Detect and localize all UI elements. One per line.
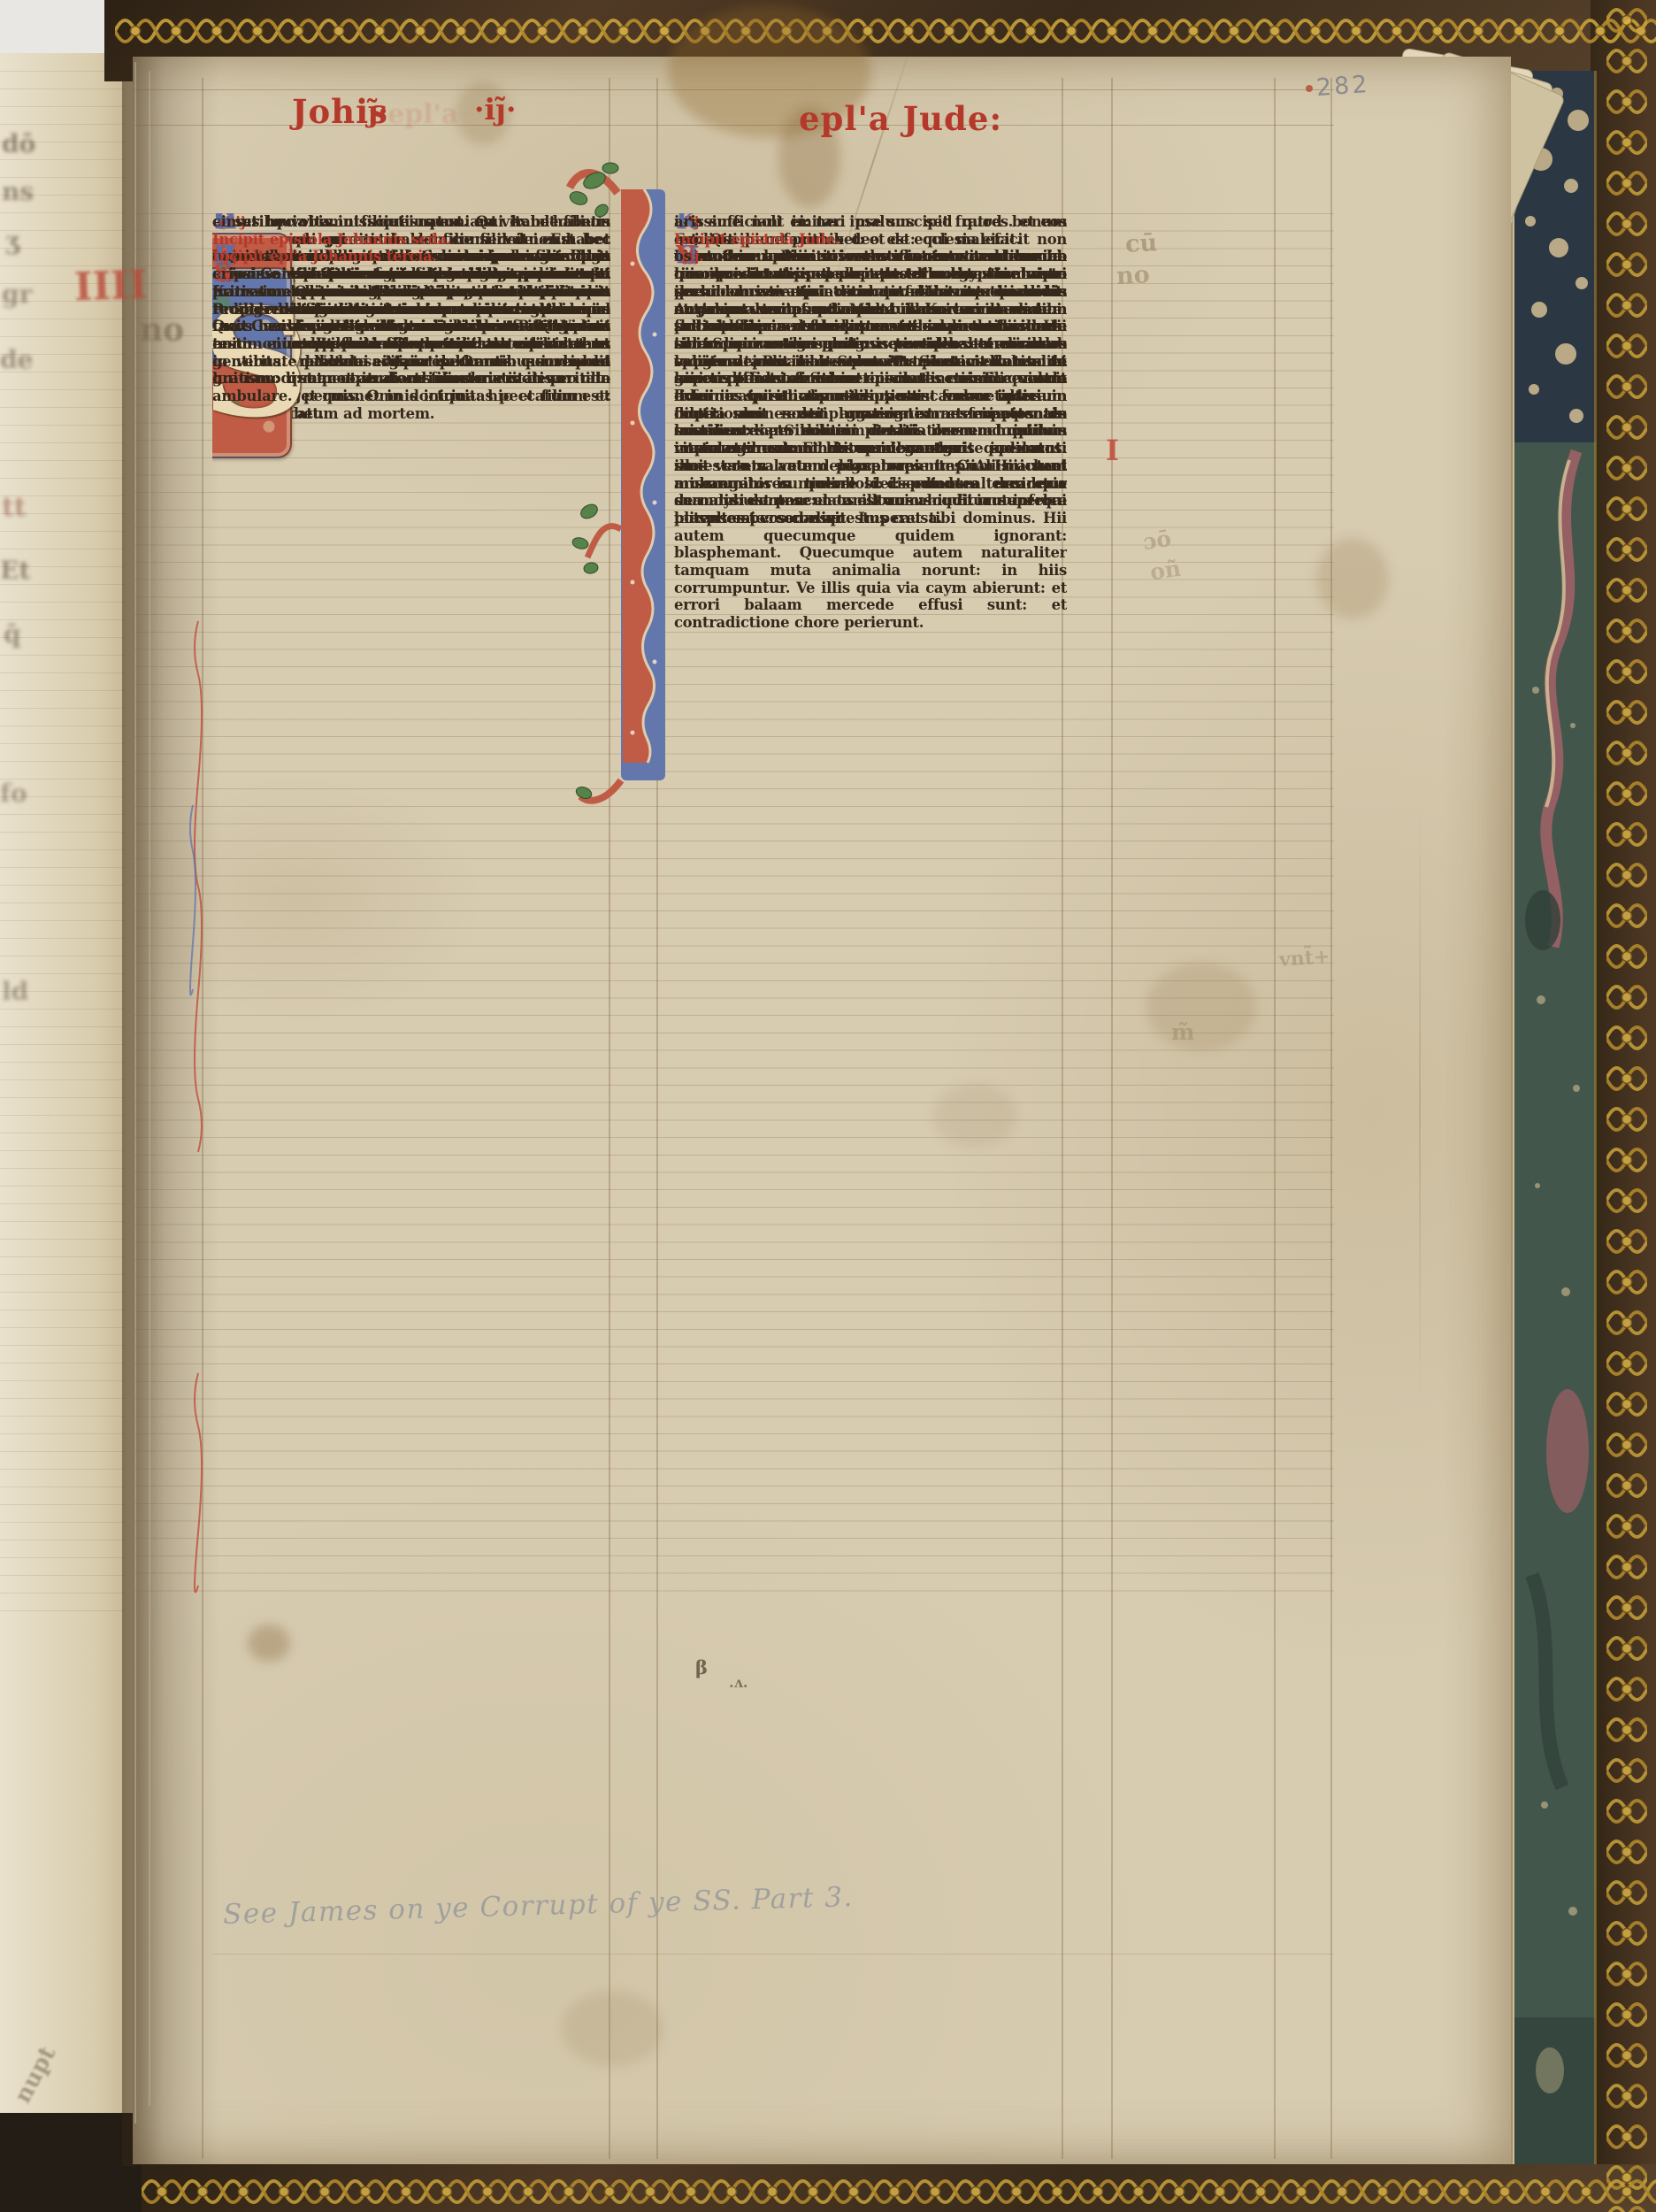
gold-tooling-right xyxy=(1606,0,1647,2212)
marginal-note: ns xyxy=(2,177,34,206)
marginal-note: tt xyxy=(2,492,27,523)
stain xyxy=(1146,963,1256,1051)
marginal-note: IIII xyxy=(73,263,148,311)
marginal-note: β xyxy=(695,1656,708,1678)
marginal-note: vnt̃+ xyxy=(1278,945,1330,972)
marginal-note: no xyxy=(1115,261,1150,290)
vertical-rule xyxy=(1274,78,1276,2159)
rubric: Incipit epistola Johannis scda. xyxy=(212,231,451,249)
footer-rule xyxy=(212,1954,1334,1955)
pen-flourish-tails xyxy=(184,602,216,1619)
parchment-crease xyxy=(1419,796,1421,1416)
stain xyxy=(562,1991,663,2066)
marginal-note: ʒ xyxy=(5,227,19,256)
folio-dot xyxy=(1306,85,1313,92)
page-edge-line xyxy=(149,71,150,2106)
marginal-note: fo xyxy=(0,779,27,808)
text-column-right: ista sufficiant ei: nec ipse suscipit fr… xyxy=(674,213,1067,1590)
running-header-right: epl'a Jude: xyxy=(799,99,1002,138)
binding-corner-shadow xyxy=(0,2113,142,2212)
marginal-note: .ʌ. xyxy=(729,1674,747,1691)
marbled-endpaper xyxy=(1514,71,1596,2164)
marginal-note: oñ xyxy=(1148,556,1183,586)
text-column-left: ds. et hec vita in filio eius est. Qui h… xyxy=(212,213,610,1597)
vertical-rule xyxy=(1330,78,1332,2159)
gold-tooling-top xyxy=(115,11,1656,51)
manuscript-photo: Johis ·j̃· epl'a ·ij̃· epl'a Jude: 282 d… xyxy=(0,0,1656,2212)
gold-fillet xyxy=(1594,71,1597,2164)
vertical-rule xyxy=(1111,78,1113,2159)
marginal-note: I xyxy=(1106,434,1119,467)
marginal-note: gr xyxy=(2,280,32,309)
running-header-numeral-2: ·ij̃· xyxy=(474,92,516,127)
page-edge-line xyxy=(134,62,136,2124)
rubric: Incipit epl'a Johannis tercia. xyxy=(212,248,437,265)
header-rule xyxy=(134,89,1334,90)
gold-tooling-bottom xyxy=(142,2171,1656,2208)
marginal-note: ld xyxy=(2,977,28,1006)
erased-header-text: epl'a xyxy=(387,99,458,130)
body-text: cripsissem forsitan ecclesie: sed is qui… xyxy=(212,265,610,353)
body-text: os autem karissimi memores estote verbor… xyxy=(674,248,1067,526)
marginal-note: cū xyxy=(1124,229,1158,258)
running-header-numeral-1: ·j̃· xyxy=(357,94,388,128)
marginal-note: dō xyxy=(2,129,35,158)
marginal-note: de xyxy=(0,345,33,374)
folio-number: 282 xyxy=(1315,71,1371,102)
stain xyxy=(248,1624,290,1662)
marginal-note: no xyxy=(140,311,184,349)
stain xyxy=(1316,538,1389,619)
rubric: Incipit epistola Jude. xyxy=(674,231,839,249)
marginal-note: ɔō xyxy=(1141,526,1173,555)
marginal-note: Et xyxy=(0,556,30,585)
marginal-note: m̃ xyxy=(1171,1019,1194,1045)
illuminated-initial-jude-bar xyxy=(563,157,683,814)
marginal-note: q̄ xyxy=(4,619,21,649)
